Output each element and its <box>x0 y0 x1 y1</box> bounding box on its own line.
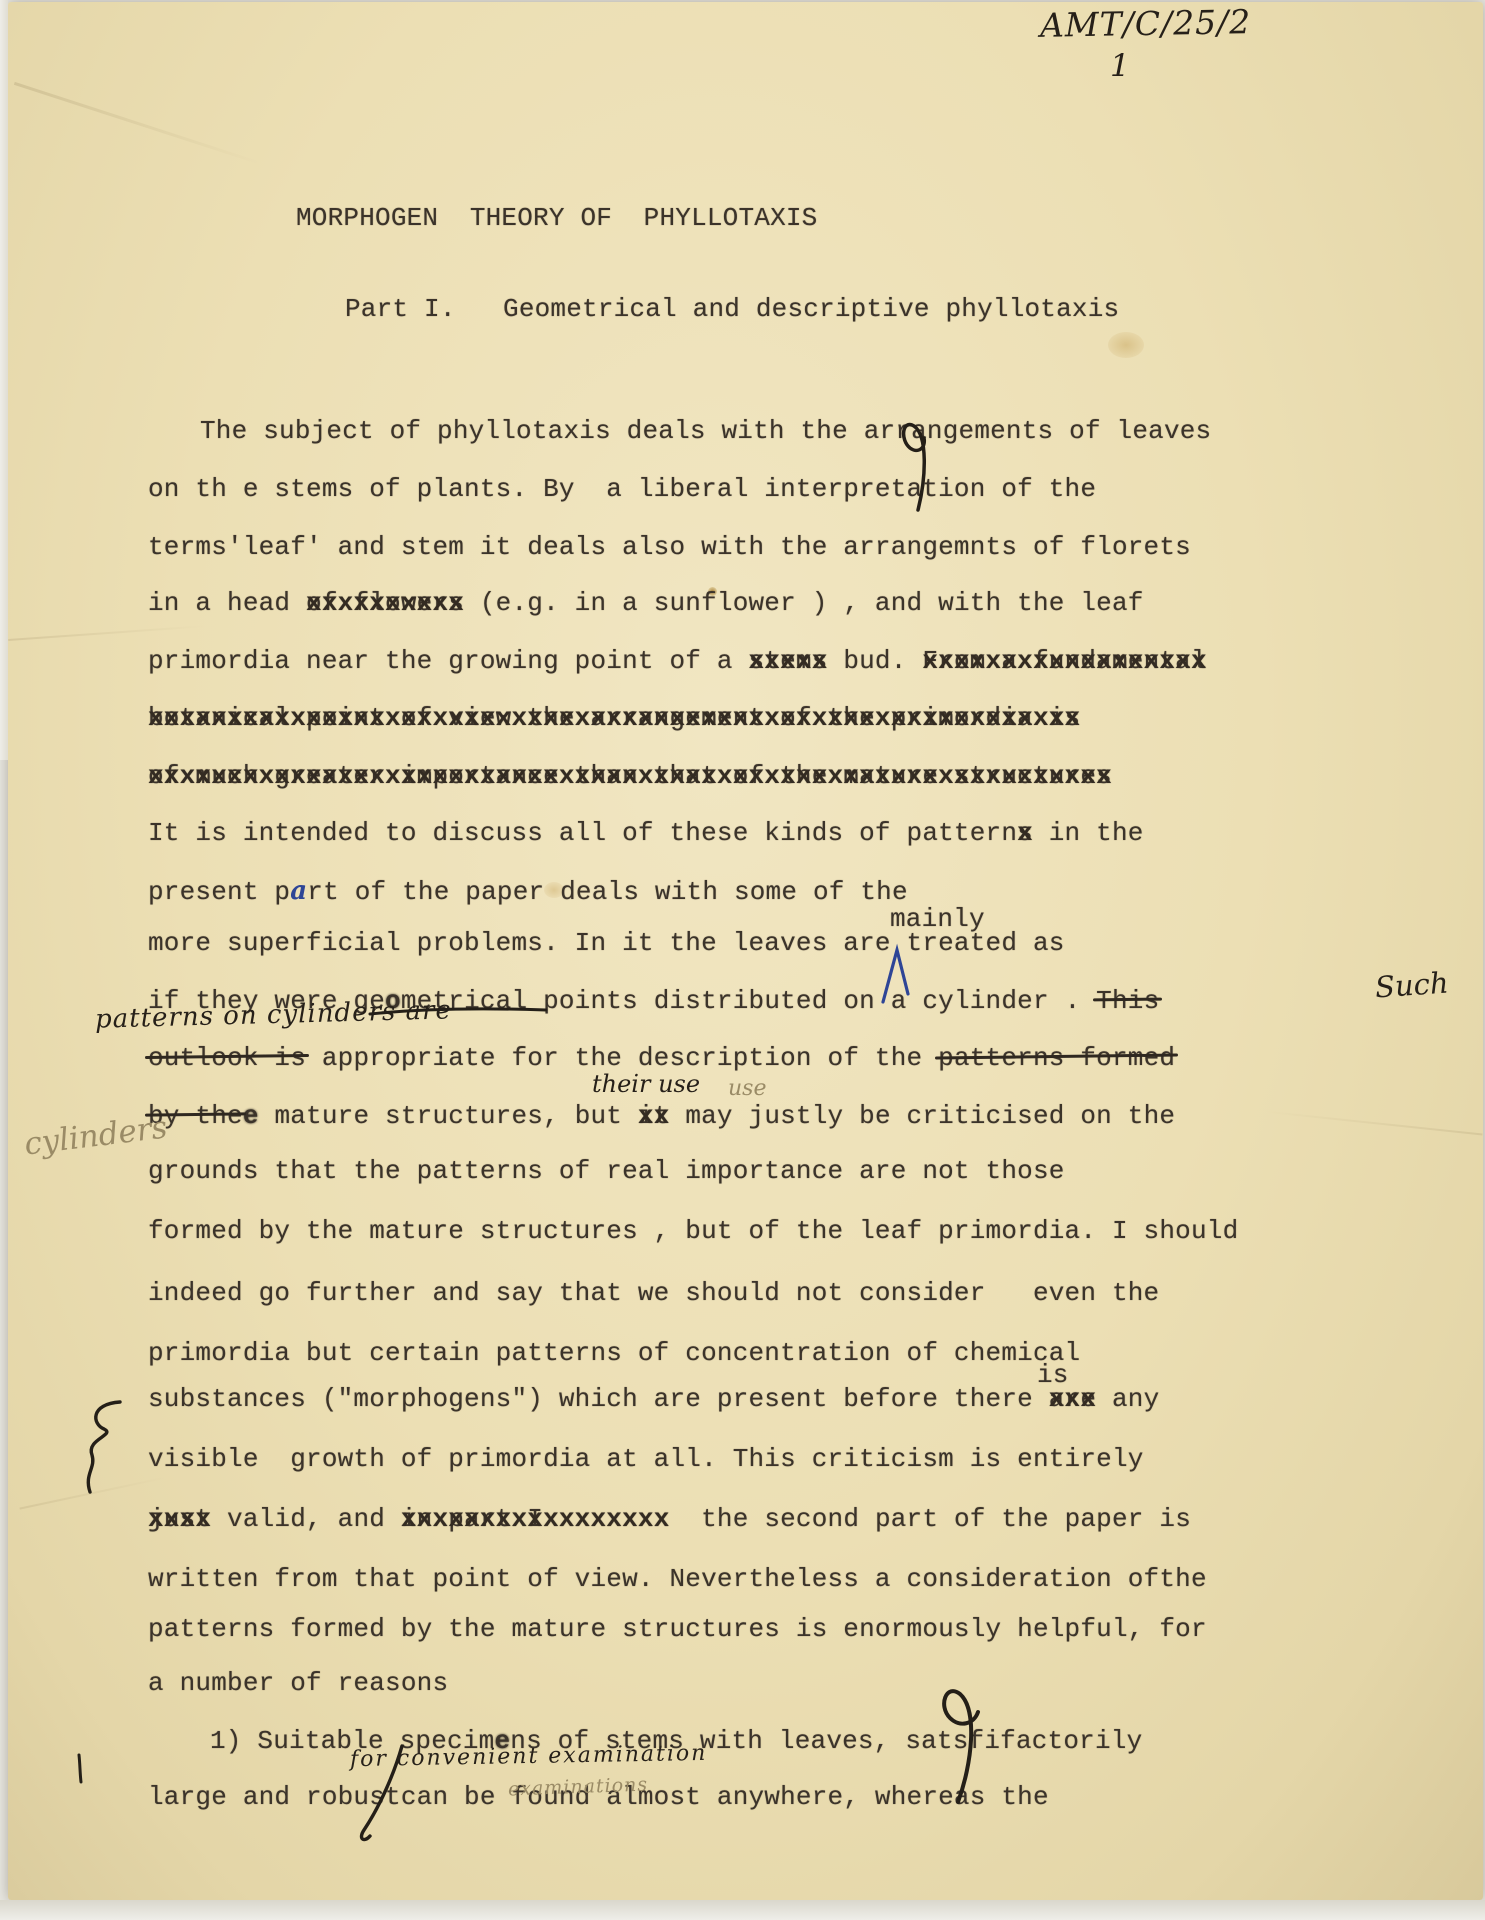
margin-tick-icon <box>74 1752 86 1791</box>
annotation-their-use: their use <box>592 1070 700 1098</box>
typed-line: written from that point of view. Neverth… <box>148 1566 1207 1592</box>
typed-line: The subject of phyllotaxis deals with th… <box>200 418 1211 444</box>
page-number: 1 <box>1110 48 1130 84</box>
blue-insertion-caret-icon <box>880 944 914 1013</box>
typed-line: primordia near the growing point of a st… <box>148 648 1207 674</box>
paper-crease <box>8 625 208 641</box>
typed-line: substances ("morphogens") which are pres… <box>148 1386 1159 1412</box>
typed-line: of much greater importance than that of … <box>148 763 1112 789</box>
document-title: MORPHOGEN THEORY OF PHYLLOTAXIS <box>296 205 817 231</box>
typed-line: indeed go further and say that we should… <box>148 1280 1159 1306</box>
typed-line: botanical point of view the arrangement … <box>148 705 1080 731</box>
paper-edge-left <box>0 0 8 760</box>
archive-reference: AMT/C/25/2 <box>1040 2 1252 45</box>
paper-edge-bottom <box>0 1900 1485 1920</box>
typed-line: formed by the mature structures , but of… <box>148 1218 1238 1244</box>
typed-line: justxxxx valid, and inxpartxIxxxxxxxxxxx… <box>148 1506 1191 1532</box>
annotation-use-pencil: use <box>728 1076 766 1101</box>
typed-line: on th e stems of plants. By a liberal in… <box>148 476 1096 502</box>
typed-line: present part of the paper deals with som… <box>148 878 908 905</box>
typed-line: more superficial problems. In it the lea… <box>148 930 1065 956</box>
typed-line: a number of reasons <box>148 1670 448 1696</box>
paper-crease <box>1263 1111 1482 1136</box>
typed-line: by thee mature structures, but itxx may … <box>148 1103 1175 1129</box>
margin-squiggle-icon <box>80 1398 128 1505</box>
typed-line: patterns formed by the mature structures… <box>148 1616 1207 1642</box>
paper-stain <box>1108 332 1144 358</box>
paper-crease <box>14 82 262 165</box>
typed-line: grounds that the patterns of real import… <box>148 1158 1065 1184</box>
typed-line: primordia but certain patterns of concen… <box>148 1340 1080 1366</box>
document-subtitle: Part I. Geometrical and descriptive phyl… <box>345 296 1119 322</box>
annotation-tail-stroke <box>368 1004 548 1023</box>
correction-loop-icon <box>924 1686 986 1811</box>
insertion-loop-icon <box>888 420 934 521</box>
typed-line: terms'leaf' and stem it deals also with … <box>148 534 1191 560</box>
insertion-slash-icon <box>350 1744 410 1853</box>
manuscript-scan: AMT/C/25/2 1 MORPHOGEN THEORY OF PHYLLOT… <box>0 0 1485 1920</box>
typed-line: It is intended to discuss all of these k… <box>148 820 1144 846</box>
typed-line: in a head of flowersxxxxxxxxxx (e.g. in … <box>148 590 1144 616</box>
annotation-such: Such <box>1374 965 1450 1004</box>
typed-line: visible growth of primordia at all. This… <box>148 1446 1144 1472</box>
typed-line: outlook is appropriate for the descripti… <box>148 1045 1175 1071</box>
